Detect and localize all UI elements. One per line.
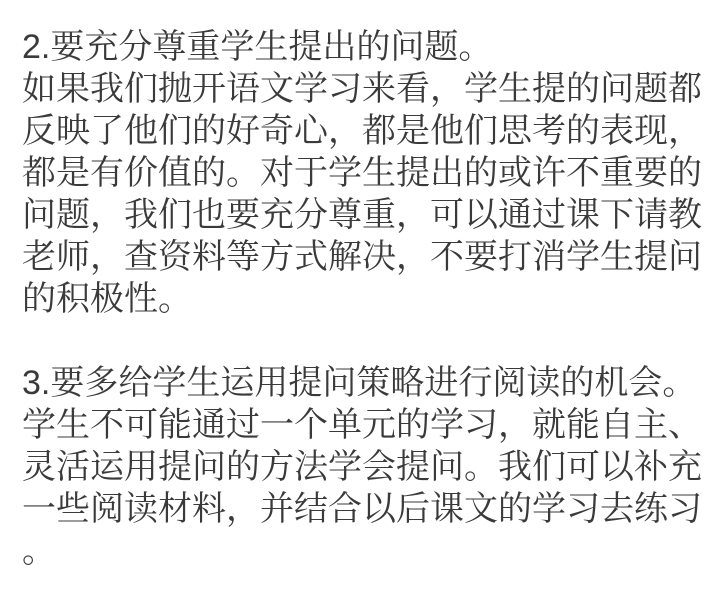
text-line: 。 [22, 530, 704, 572]
text-line: 如果我们抛开语文学习来看，学生提的问题都 [22, 68, 704, 110]
text-line: 灵活运用提问的方法学会提问。我们可以补充 [22, 446, 704, 488]
text-line: 都是有价值的。对于学生提出的或许不重要的 [22, 152, 704, 194]
text-line: 问题，我们也要充分尊重，可以通过课下请教 [22, 194, 704, 236]
paragraph-gap [22, 320, 704, 362]
section-3-heading: 3.要多给学生运用提问策略进行阅读的机会。 [22, 362, 704, 404]
text-line: 的积极性。 [22, 278, 704, 320]
section-point-3: 3.要多给学生运用提问策略进行阅读的机会。 学生不可能通过一个单元的学习，就能自… [22, 362, 704, 572]
section-3-body: 学生不可能通过一个单元的学习，就能自主、灵活运用提问的方法学会提问。我们可以补充… [22, 404, 704, 572]
section-2-heading: 2.要充分尊重学生提出的问题。 [22, 26, 704, 68]
text-line: 反映了他们的好奇心，都是他们思考的表现， [22, 110, 704, 152]
section-point-2: 2.要充分尊重学生提出的问题。 如果我们抛开语文学习来看，学生提的问题都反映了他… [22, 26, 704, 320]
text-line: 一些阅读材料，并结合以后课文的学习去练习 [22, 488, 704, 530]
section-2-body: 如果我们抛开语文学习来看，学生提的问题都反映了他们的好奇心，都是他们思考的表现，… [22, 68, 704, 320]
document-page: 2.要充分尊重学生提出的问题。 如果我们抛开语文学习来看，学生提的问题都反映了他… [0, 0, 726, 590]
text-line: 老师，查资料等方式解决，不要打消学生提问 [22, 236, 704, 278]
text-line: 学生不可能通过一个单元的学习，就能自主、 [22, 404, 704, 446]
